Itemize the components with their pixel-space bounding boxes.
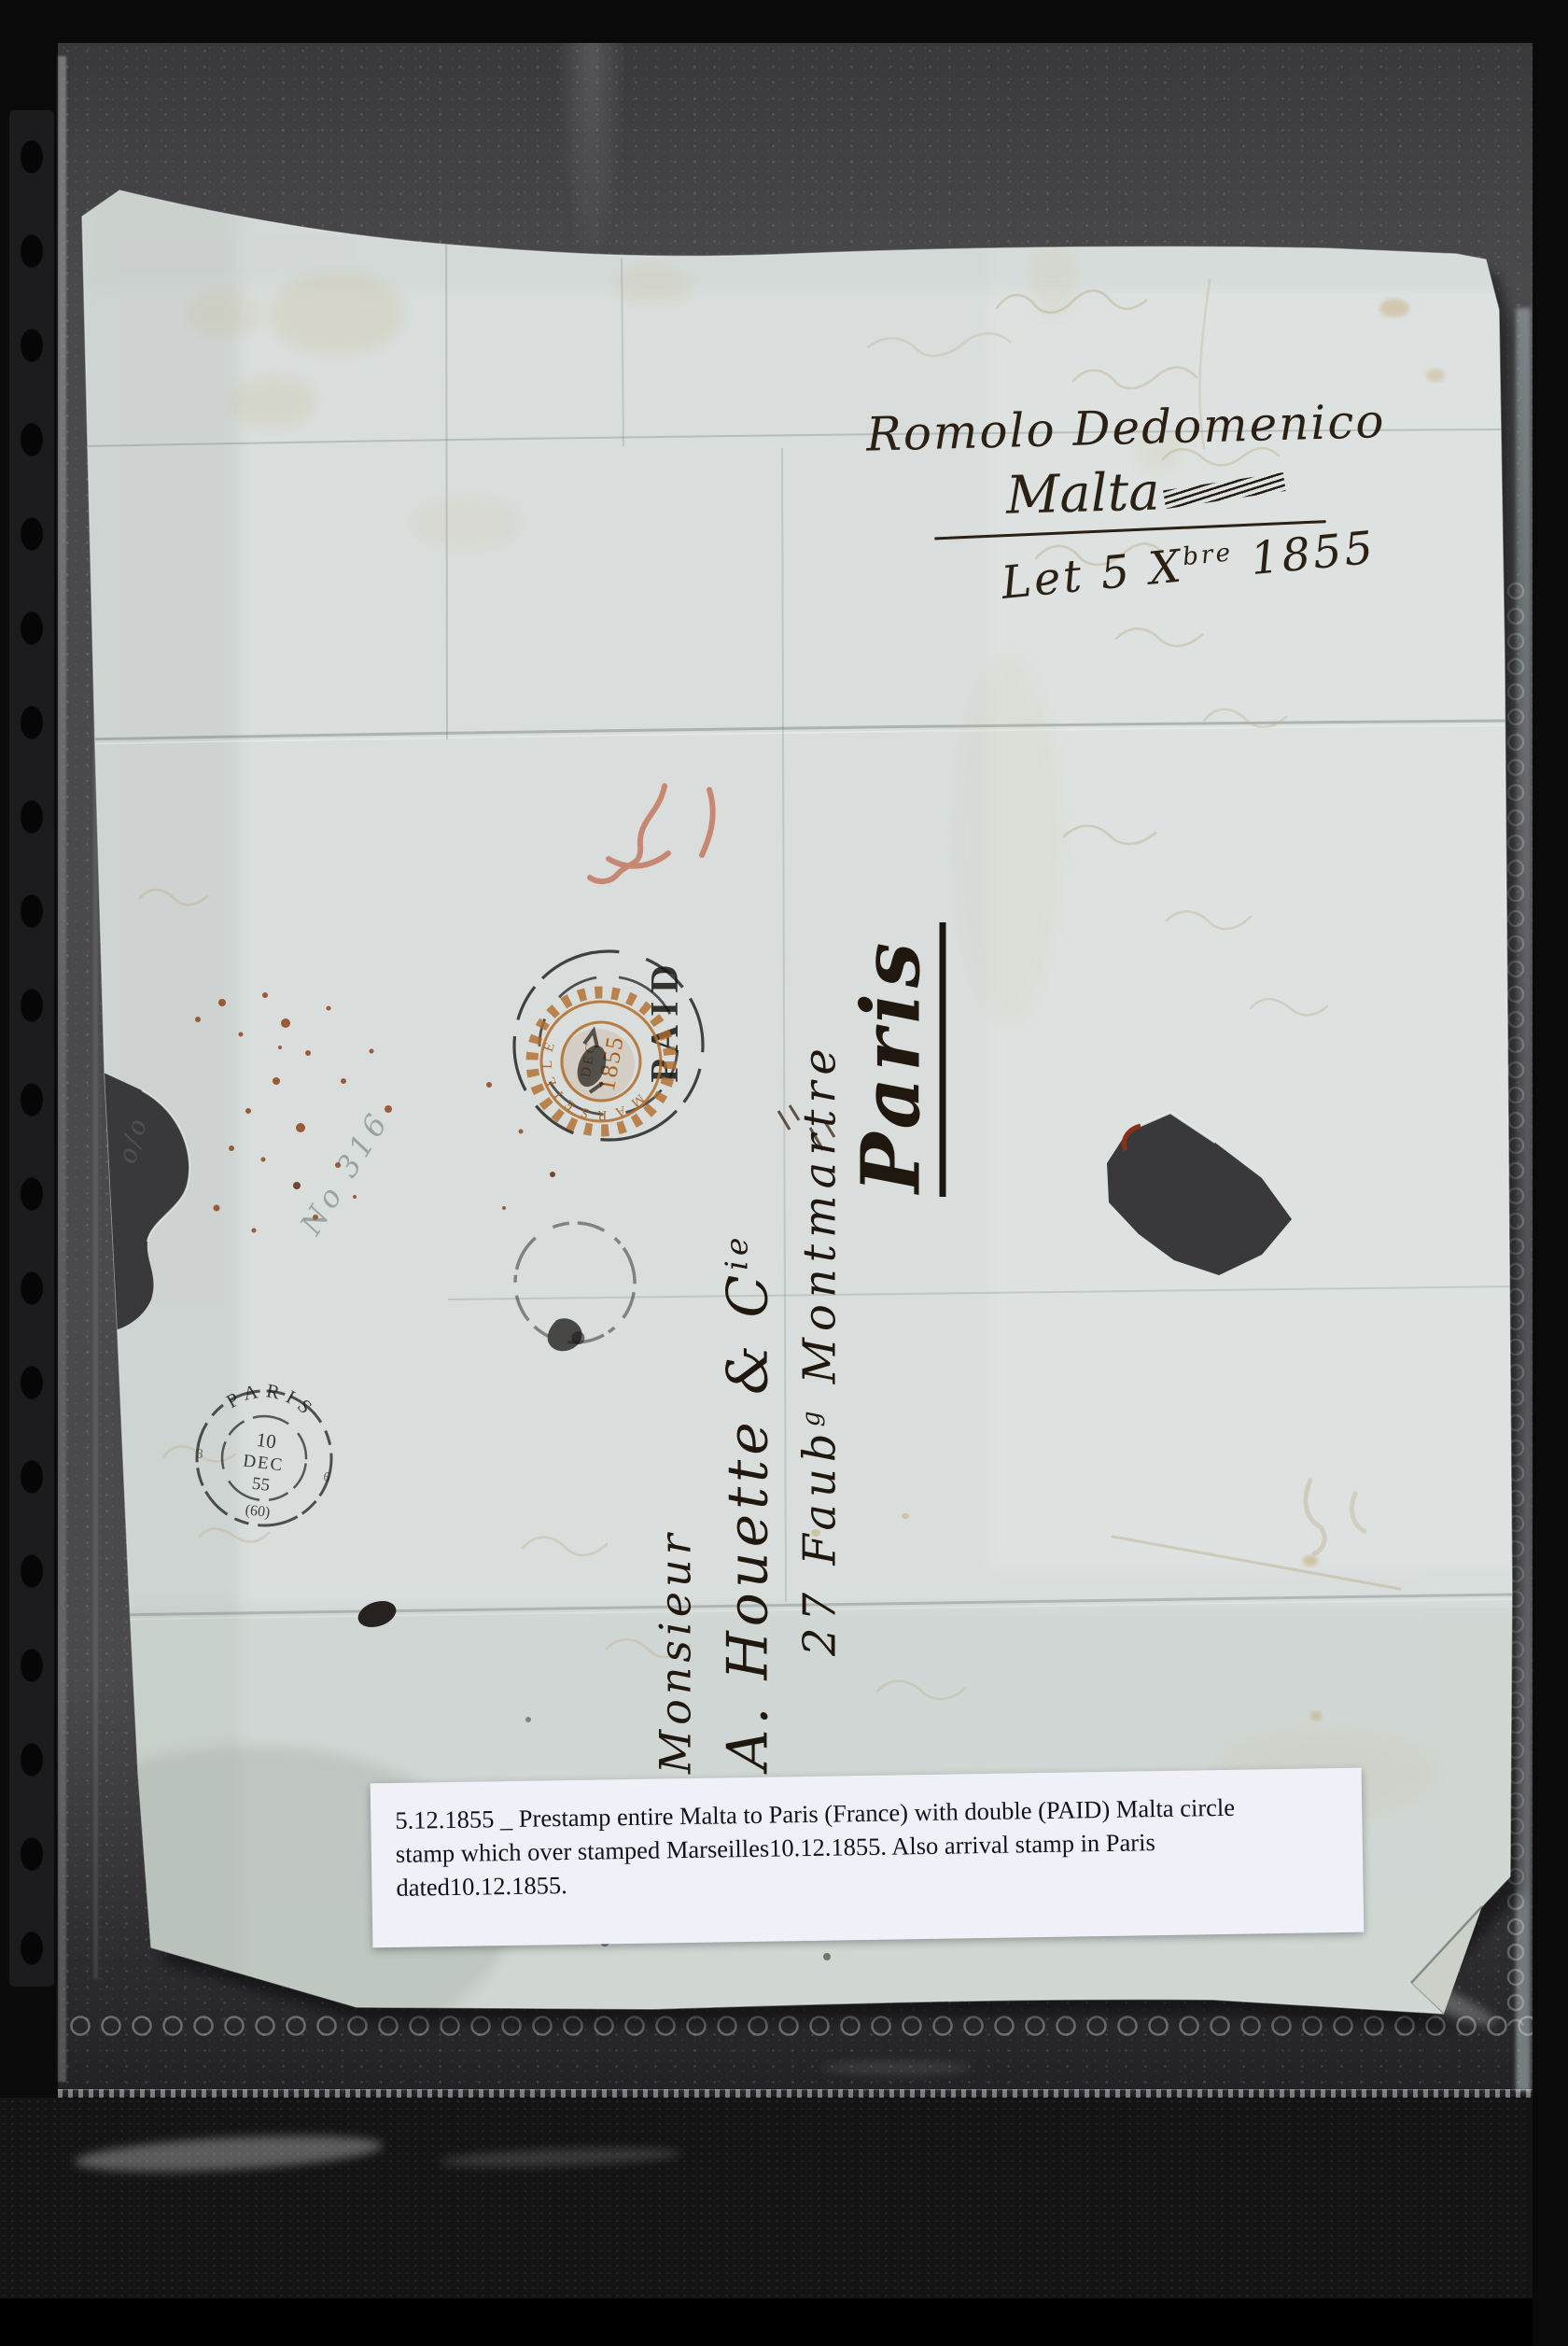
svg-text:(60): (60) (245, 1502, 272, 1521)
address-salutation: Monsieur (651, 767, 701, 1774)
docket-place: Malta (1005, 461, 1160, 526)
album-photo: PARIS 10 DEC 55 (60) 3 6 PAID (0, 0, 1568, 2346)
address-addressee: A. Houette & Cie (716, 767, 781, 1770)
svg-text:55: 55 (251, 1474, 271, 1496)
address-city: Paris (852, 922, 946, 1197)
address-block: Monsieur A. Houette & Cie 27 Faubg Montm… (651, 767, 946, 1776)
ink-scribble (1163, 472, 1286, 509)
docket-note-block: Romolo Dedomenico Malta Let 5 Xbre 1855 (865, 391, 1486, 596)
svg-text:10: 10 (255, 1428, 277, 1453)
address-street: 27 Faubg Montmartre (794, 767, 847, 1656)
caption-label: 5.12.1855 _ Prestamp entire Malta to Par… (371, 1768, 1365, 1948)
